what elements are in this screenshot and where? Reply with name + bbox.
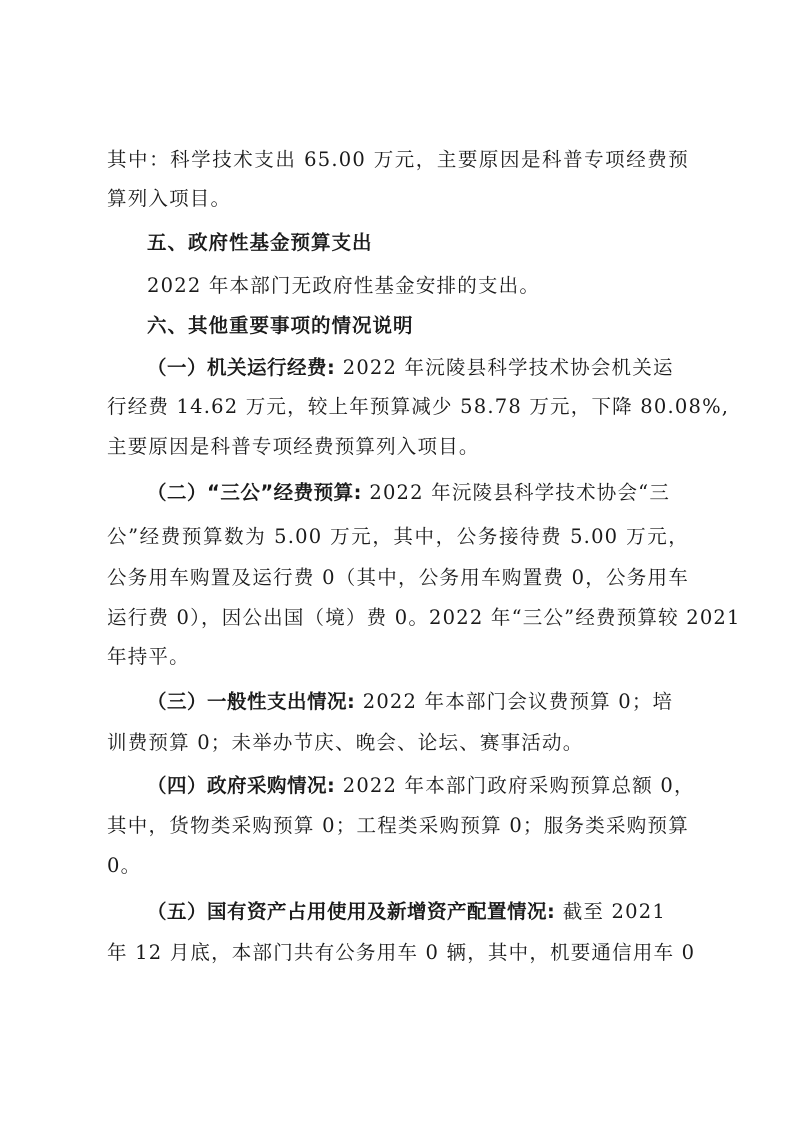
body-text: 截至 2021: [563, 900, 666, 923]
body-text: 2022 年沅陵县科学技术协会“三: [369, 481, 670, 504]
subsection-3-first-line: （三）一般性支出情况: 2022 年本部门会议费预算 0；培: [147, 689, 673, 715]
subsection-5-first-line: （五）国有资产占用使用及新增资产配置情况: 截至 2021: [147, 899, 666, 925]
body-text-line: 其中，货物类采购预算 0；工程类采购预算 0；服务类采购预算: [107, 813, 689, 839]
subsection-1-first-line: （一）机关运行经费: 2022 年沅陵县科学技术协会机关运: [147, 355, 674, 381]
body-text-line: 2022 年本部门无政府性基金安排的支出。: [147, 273, 540, 299]
body-text: 2022 年沅陵县科学技术协会机关运: [343, 356, 674, 379]
subsection-4-first-line: （四）政府采购情况: 2022 年本部门政府采购预算总额 0，: [147, 773, 695, 799]
body-text-line: 行经费 14.62 万元，较上年预算减少 58.78 万元，下降 80.08%,: [107, 394, 689, 420]
body-text-line: 公”经费预算数为 5.00 万元，其中，公务接待费 5.00 万元，: [107, 524, 689, 550]
body-text-line: 主要原因是科普专项经费预算列入项目。: [107, 434, 480, 460]
subsection-title: （一）机关运行经费:: [147, 356, 335, 379]
body-text-line: 公务用车购置及运行费 0（其中，公务用车购置费 0，公务用车: [107, 565, 689, 591]
section-heading-6: 六、其他重要事项的情况说明: [147, 313, 414, 339]
subsection-title: （五）国有资产占用使用及新增资产配置情况:: [147, 900, 555, 923]
subsection-2-first-line: （二）“三公”经费预算: 2022 年沅陵县科学技术协会“三: [147, 480, 670, 506]
subsection-title: （二）“三公”经费预算:: [147, 481, 362, 504]
body-text-line: 其中：科学技术支出 65.00 万元，主要原因是科普专项经费预: [107, 147, 689, 173]
body-text: 2022 年本部门政府采购预算总额 0，: [343, 774, 695, 797]
section-heading-5: 五、政府性基金预算支出: [147, 230, 373, 256]
subsection-title: （四）政府采购情况:: [147, 774, 335, 797]
subsection-title: （三）一般性支出情况:: [147, 690, 355, 713]
body-text-line: 训费预算 0；未举办节庆、晚会、论坛、赛事活动。: [107, 730, 583, 756]
body-text-line: 运行费 0），因公出国（境）费 0。2022 年“三公”经费预算较 2021: [107, 605, 689, 631]
body-text: 2022 年本部门会议费预算 0；培: [363, 690, 674, 713]
body-text-line: 算列入项目。: [107, 186, 231, 212]
body-text-line: 年 12 月底，本部门共有公务用车 0 辆，其中，机要通信用车 0: [107, 940, 689, 966]
body-text-line: 年持平。: [107, 644, 190, 670]
body-text-line: 0。: [107, 853, 141, 879]
